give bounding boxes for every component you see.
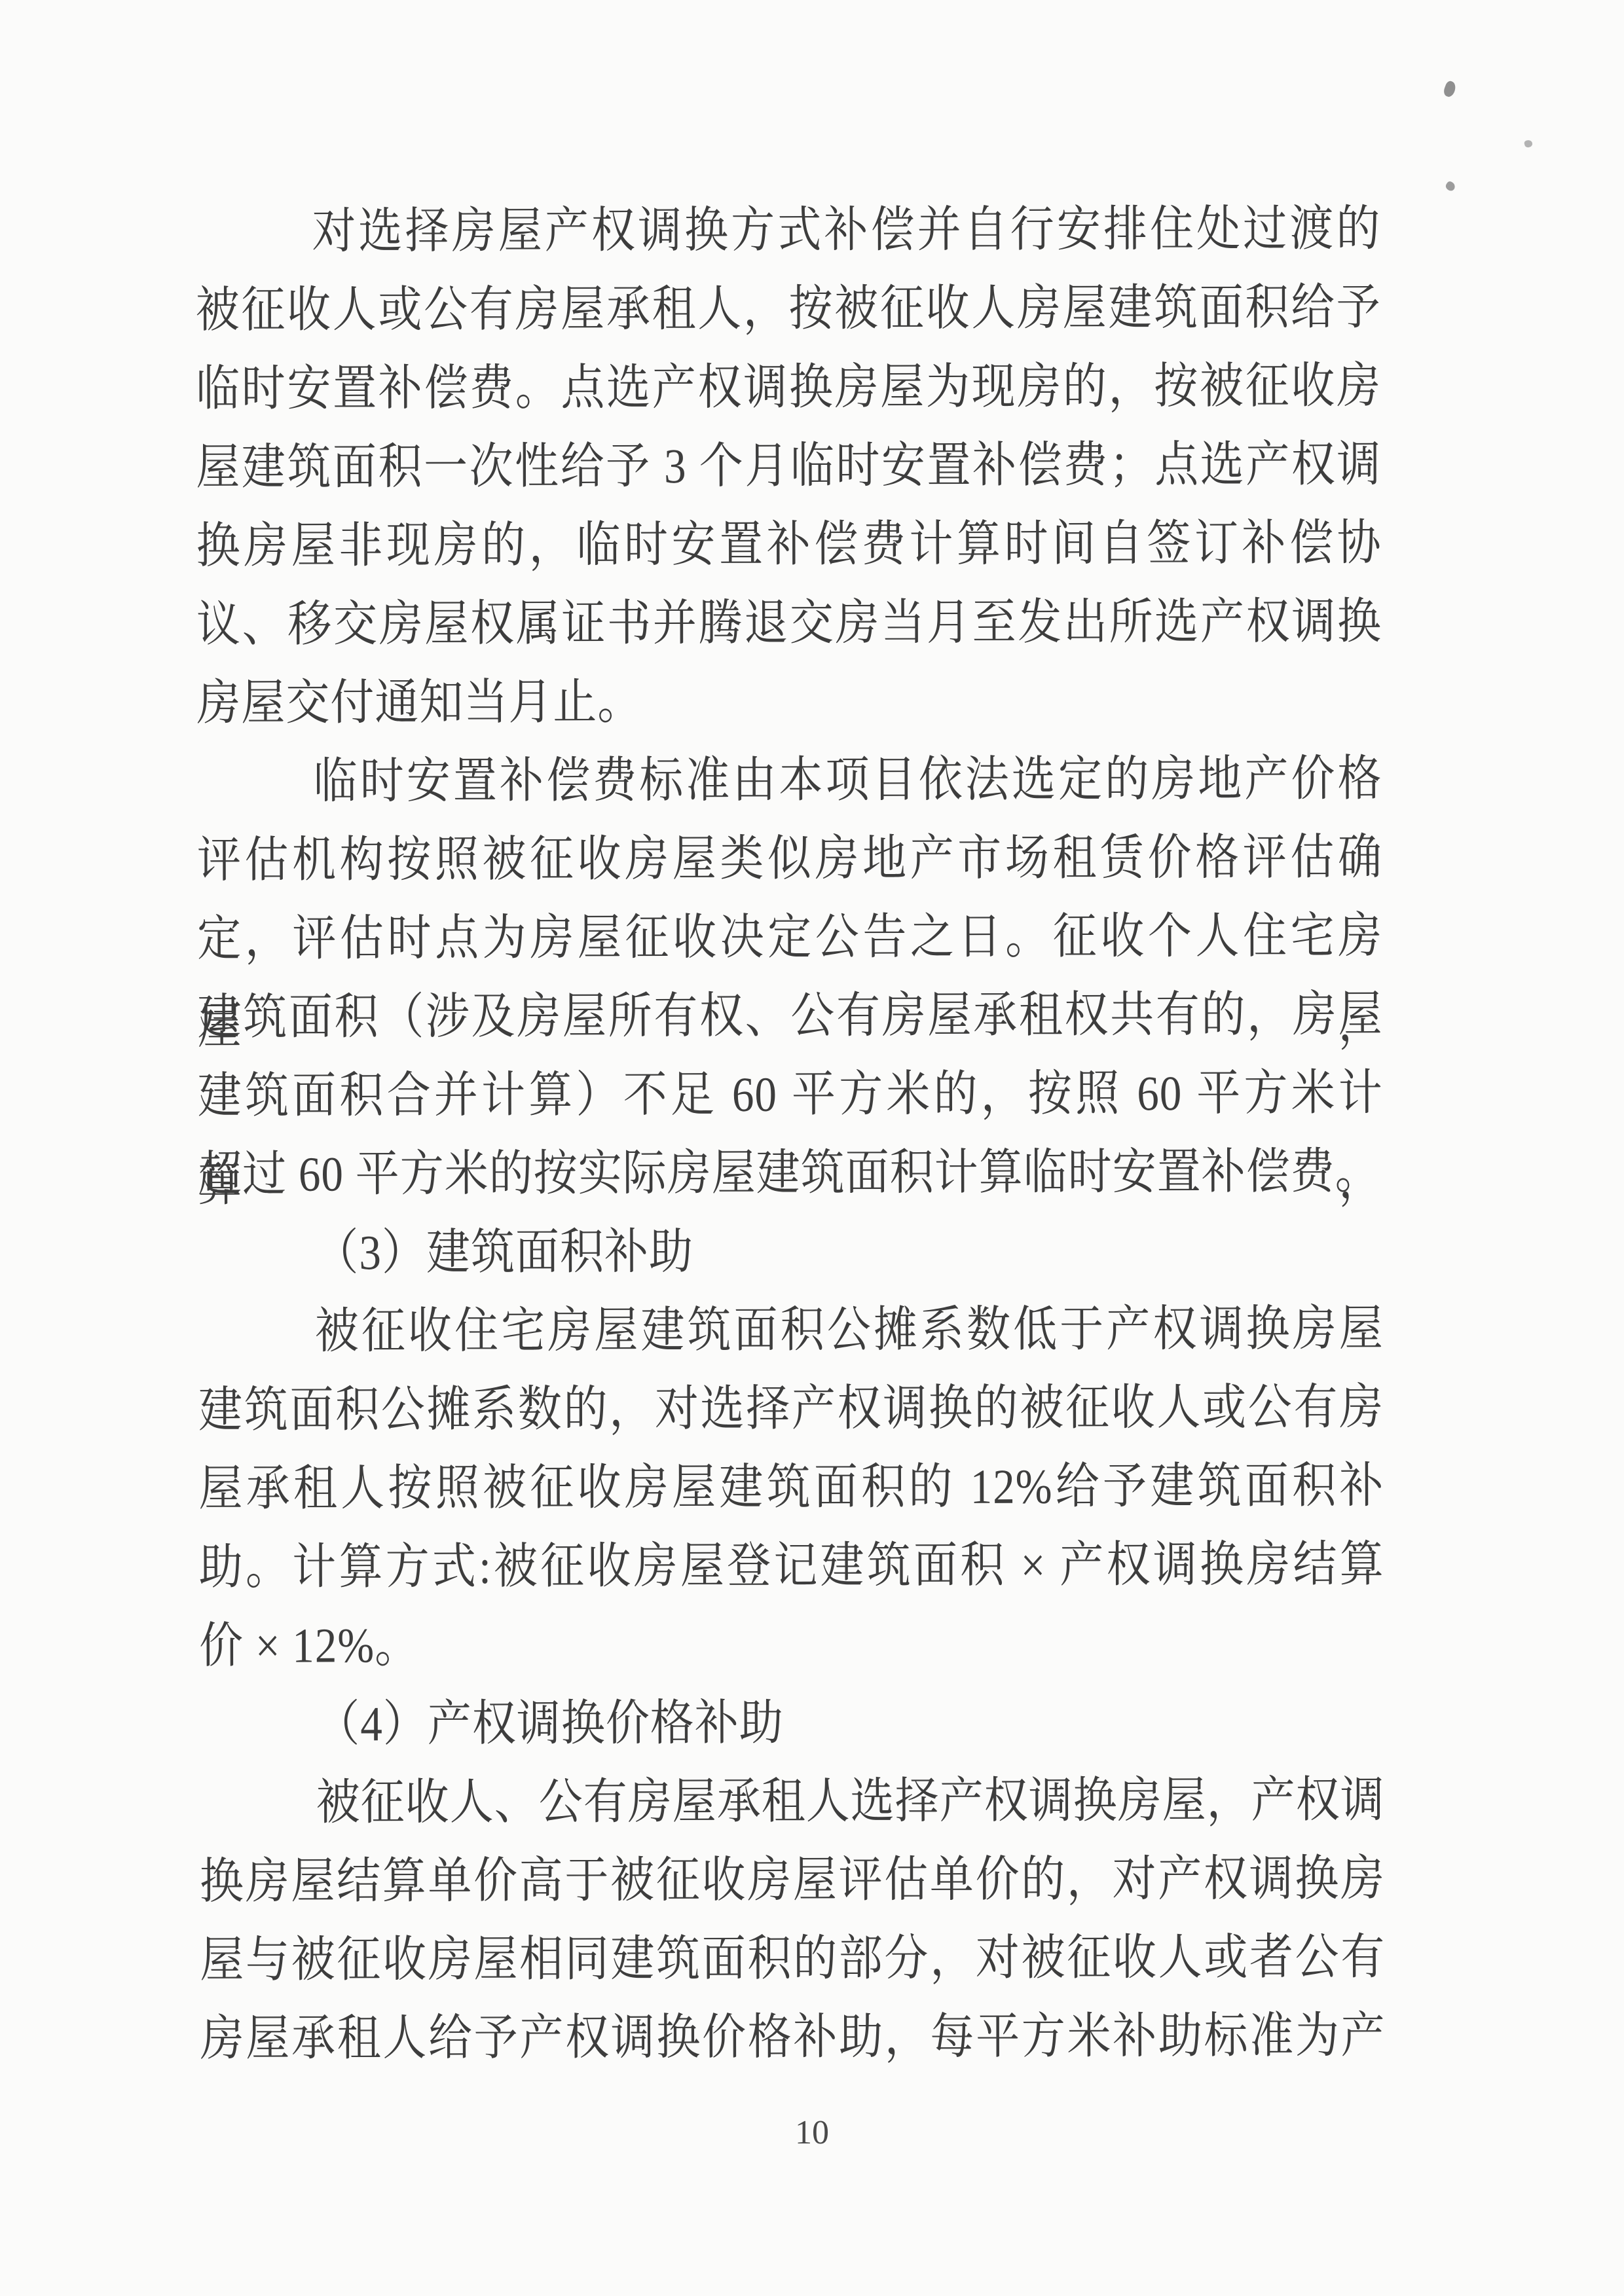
text-line: 定，评估时点为房屋征收决定公告之日。征收个人住宅房屋， [197,892,1382,983]
scan-speck [1442,80,1457,98]
text-line: 房屋交付通知当月止。 [196,656,1382,747]
heading-line: （3）建筑面积补助 [198,1206,1383,1297]
scan-speck [1524,139,1533,149]
heading-line: （4）产权调换价格补助 [199,1677,1384,1768]
text-line: 换房屋非现房的，临时安置补偿费计算时间自签订补偿协 [196,499,1381,590]
text-line: 被征收人或公有房屋承租人，按被征收人房屋建筑面积给予 [196,263,1381,354]
text-line: 被征收人、公有房屋承租人选择产权调换房屋，产权调 [199,1756,1384,1847]
text-line: 临时安置补偿费标准由本项目依法选定的房地产价格 [196,735,1382,826]
text-line: 价 × 12%。 [199,1599,1384,1690]
text-line: 临时安置补偿费。点选产权调换房屋为现房的，按被征收房 [196,342,1381,433]
text-line: 评估机构按照被征收房屋类似房地产市场租赁价格评估确 [197,813,1382,904]
text-block: 对选择房屋产权调换方式补偿并自行安排住处过渡的被征收人或公有房屋承租人，按被征收… [195,190,1386,2079]
text-line: 房屋承租人给予产权调换价格补助，每平方米补助标准为产 [200,1992,1385,2083]
text-line: 议、移交房屋权属证书并腾退交房当月至发出所选产权调换 [196,577,1382,668]
text-line: 助。计算方式:被征收房屋登记建筑面积 × 产权调换房结算 [199,1520,1384,1611]
text-line: 建筑面积合并计算）不足 60 平方米的，按照 60 平方米计算， [198,1049,1383,1140]
document-page: 对选择房屋产权调换方式补偿并自行安排住处过渡的被征收人或公有房屋承租人，按被征收… [0,0,1624,2296]
text-line: 建筑面积（涉及房屋所有权、公有房屋承租权共有的，房屋 [197,970,1382,1061]
text-line: 屋建筑面积一次性给予 3 个月临时安置补偿费；点选产权调 [196,420,1381,511]
text-line: 建筑面积公摊系数的，对选择产权调换的被征收人或公有房 [198,1363,1384,1454]
text-line: 屋与被征收房屋相同建筑面积的部分，对被征收人或者公有 [200,1913,1385,2004]
text-line: 屋承租人按照被征收房屋建筑面积的 12%给予建筑面积补 [198,1442,1384,1533]
text-line: 被征收住宅房屋建筑面积公摊系数低于产权调换房屋 [198,1285,1384,1376]
text-line: 超过 60 平方米的按实际房屋建筑面积计算临时安置补偿费。 [198,1127,1383,1218]
scan-speck [1445,180,1457,192]
text-line: 对选择房屋产权调换方式补偿并自行安排住处过渡的 [195,185,1380,276]
page-number: 10 [0,2113,1624,2153]
text-line: 换房屋结算单价高于被征收房屋评估单价的，对产权调换房 [200,1834,1385,1925]
